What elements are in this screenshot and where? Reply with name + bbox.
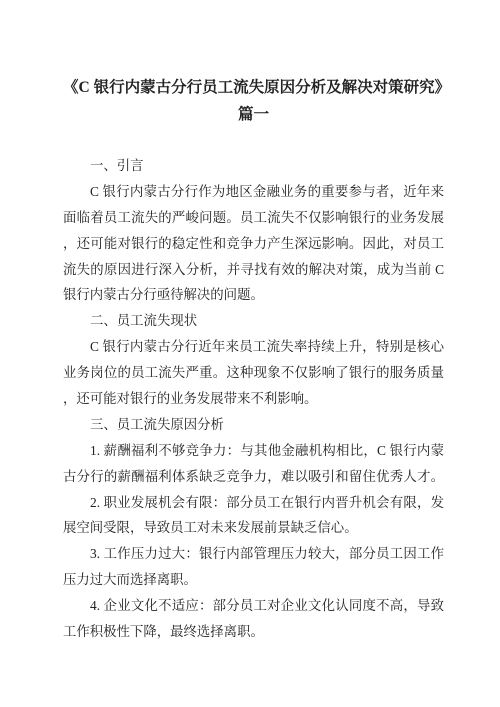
doc-line: C 银行内蒙古分行近年来员工流失率持续上升，特别是核心	[63, 334, 444, 360]
document-content: 《C 银行内蒙古分行员工流失原因分析及解决对策研究》 篇一 一、引言 C 银行内…	[63, 74, 444, 645]
doc-line: 业务岗位的员工流失严重。这种现象不仅影响了银行的服务质量	[63, 360, 444, 386]
doc-line: 工作积极性下降，最终选择离职。	[63, 619, 444, 645]
doc-line: 压力过大而选择离职。	[63, 567, 444, 593]
doc-line: ，还可能对银行的业务发展带来不利影响。	[63, 386, 444, 412]
doc-line-heading-1: 一、引言	[63, 153, 444, 179]
doc-line-heading-2: 二、员工流失现状	[63, 308, 444, 334]
document-subtitle: 篇一	[63, 101, 444, 128]
document-body: 一、引言 C 银行内蒙古分行作为地区金融业务的重要参与者，近年来 面临着员工流失…	[63, 153, 444, 645]
doc-line-item-4: 4. 企业文化不适应：部分员工对企业文化认同度不高，导致	[63, 593, 444, 619]
doc-line: 流失的原因进行深入分析，并寻找有效的解决对策，成为当前 C	[63, 257, 444, 283]
doc-line-item-2: 2. 职业发展机会有限：部分员工在银行内晋升机会有限，发	[63, 490, 444, 516]
document-title: 《C 银行内蒙古分行员工流失原因分析及解决对策研究》	[63, 74, 444, 101]
doc-line: ，还可能对银行的稳定性和竞争力产生深远影响。因此，对员工	[63, 231, 444, 257]
doc-line: 面临着员工流失的严峻问题。员工流失不仅影响银行的业务发展	[63, 205, 444, 231]
doc-line-heading-3: 三、员工流失原因分析	[63, 412, 444, 438]
document-page: 《C 银行内蒙古分行员工流失原因分析及解决对策研究》 篇一 一、引言 C 银行内…	[0, 0, 500, 707]
doc-line-item-3: 3. 工作压力过大：银行内部管理压力较大，部分员工因工作	[63, 541, 444, 567]
doc-line: C 银行内蒙古分行作为地区金融业务的重要参与者，近年来	[63, 179, 444, 205]
doc-line: 展空间受限，导致员工对未来发展前景缺乏信心。	[63, 515, 444, 541]
doc-line: 银行内蒙古分行亟待解决的问题。	[63, 282, 444, 308]
doc-line: 古分行的薪酬福利体系缺乏竞争力，难以吸引和留住优秀人才。	[63, 464, 444, 490]
doc-line-item-1: 1. 薪酬福利不够竞争力：与其他金融机构相比，C 银行内蒙	[63, 438, 444, 464]
